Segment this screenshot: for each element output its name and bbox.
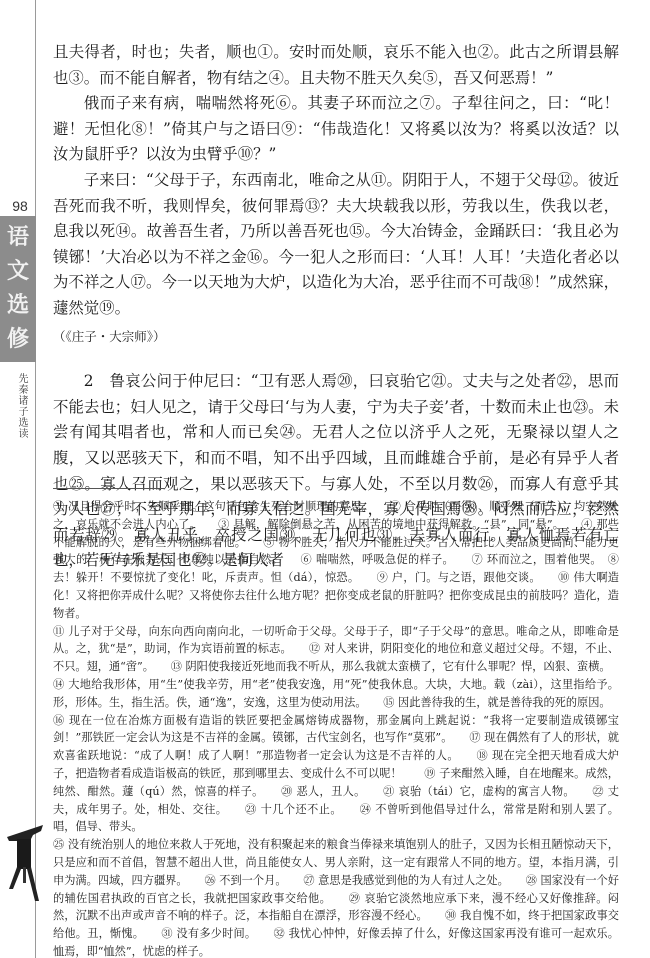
side-subtitle: 先秦诸子选读 (8, 373, 28, 439)
main-text: 且夫得者，时也；失者，顺也①。安时而处顺，哀乐不能入也②。此古之所谓县解也③。而… (53, 40, 619, 574)
footnote-block: ⑭ 大地给我形体，用“生”使我辛劳，用“老”使我安逸，用“死”使我休息。大块，大… (53, 676, 619, 712)
footnote-block: ⑯ 现在一位在冶炼方面极有造诣的铁匠要把金属熔铸成器物，那金属向上跳起说：“我将… (53, 712, 619, 837)
footnote-divider (53, 488, 165, 489)
source-citation: （《庄子・大宗师》） (53, 324, 609, 350)
side-title-char: 语 (7, 220, 29, 254)
footnote-block: ① 况且得合乎时，失顺乎理。这句话包含生死合时顺理的意思。 ② 合乎时（而得）、… (53, 498, 619, 623)
side-title-char: 选 (7, 288, 29, 322)
paragraph: 子来曰：“父母于子，东西南北，唯命之从⑪。阴阳于人，不翅于父母⑫。彼近吾死而我不… (53, 168, 619, 322)
page-number: 98 (6, 198, 34, 214)
footnote-block: ㉕ 没有统治别人的地位来救人于死地，没有积聚起来的粮食当俸禄来填饱别人的肚子，又… (53, 836, 619, 958)
bronze-jue-vessel-icon (5, 823, 45, 903)
paragraph: 且夫得者，时也；失者，顺也①。安时而处顺，哀乐不能入也②。此古之所谓县解也③。而… (53, 40, 619, 91)
margin-rule (35, 0, 36, 958)
side-title: 语 文 选 修 (0, 220, 36, 356)
side-title-char: 文 (7, 254, 29, 288)
side-title-char: 修 (7, 322, 29, 356)
paragraph: 俄而子来有病，喘喘然将死⑥。其妻子环而泣之⑦。子犁往问之，曰：“叱！避！无怛化⑧… (53, 91, 619, 168)
footnote-block: ⑪ 儿子对于父母，向东向西向南向北，一切听命于父母。父母于子，即“子于父母”的意… (53, 623, 619, 676)
footnotes: ① 况且得合乎时，失顺乎理。这句话包含生死合时顺理的意思。 ② 合乎时（而得）、… (53, 498, 619, 958)
